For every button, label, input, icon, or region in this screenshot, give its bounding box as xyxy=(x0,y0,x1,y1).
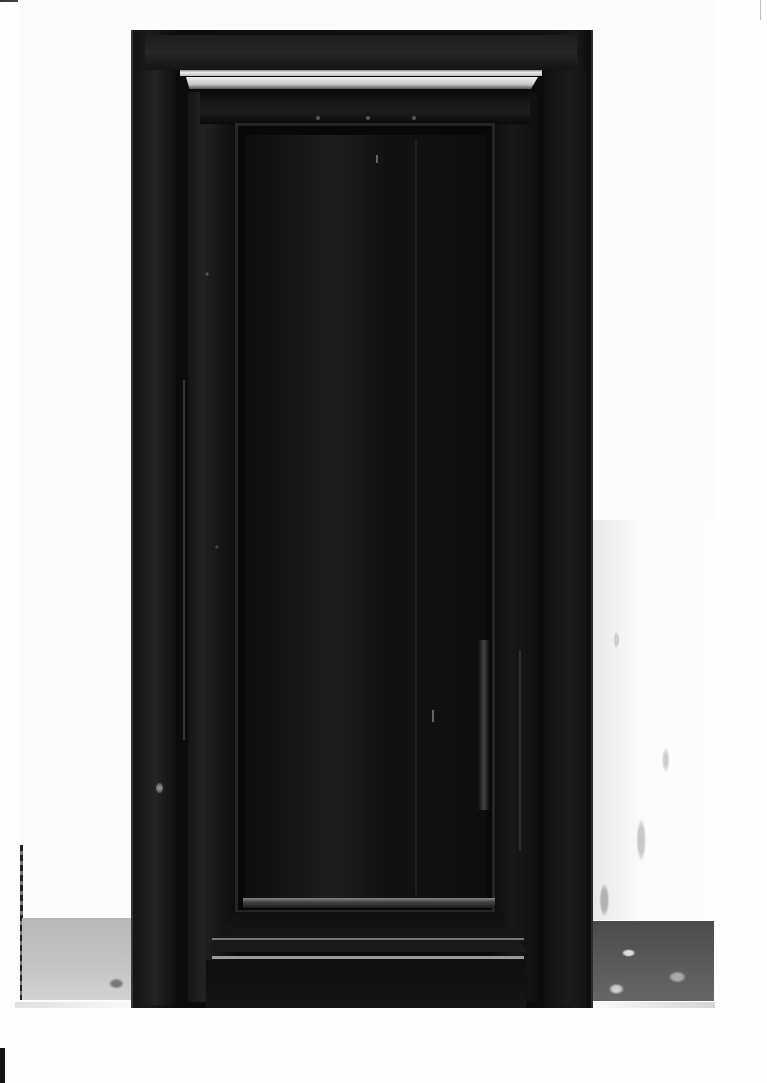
door-rail-top xyxy=(200,92,530,124)
film-border-right xyxy=(760,0,761,20)
nail-head xyxy=(316,116,320,120)
bottom-rail-groove xyxy=(212,938,524,940)
keyhole-icon xyxy=(156,783,163,793)
door-kickplate xyxy=(206,960,526,1008)
door-panel xyxy=(245,135,487,900)
door-jamb-left xyxy=(142,70,176,1005)
photograph xyxy=(0,0,767,1083)
panel-reflection xyxy=(478,640,490,810)
top-cornice-moulding xyxy=(180,70,542,76)
nail-head xyxy=(412,116,416,120)
nail-head xyxy=(366,116,370,120)
wood-scratch xyxy=(376,155,378,163)
panel-bottom-moulding xyxy=(243,898,495,908)
wood-scratch xyxy=(432,710,434,722)
kickplate-edge xyxy=(212,956,524,959)
wood-scratch xyxy=(519,650,521,850)
wood-scratch xyxy=(183,380,185,740)
door-stile-right xyxy=(488,92,538,1002)
door-lintel xyxy=(145,35,577,71)
panel-board-seam xyxy=(415,140,417,895)
film-border-bottom-left xyxy=(0,1048,5,1083)
door-bottom-rail xyxy=(210,912,526,952)
door-jamb-right xyxy=(545,70,585,1005)
wall-plinth-left xyxy=(22,918,140,1000)
wall-plinth-right xyxy=(592,921,714,1001)
door-stile-left xyxy=(188,92,236,1002)
wall-crack-texture xyxy=(592,520,715,920)
cornice-lower-moulding xyxy=(186,77,538,89)
